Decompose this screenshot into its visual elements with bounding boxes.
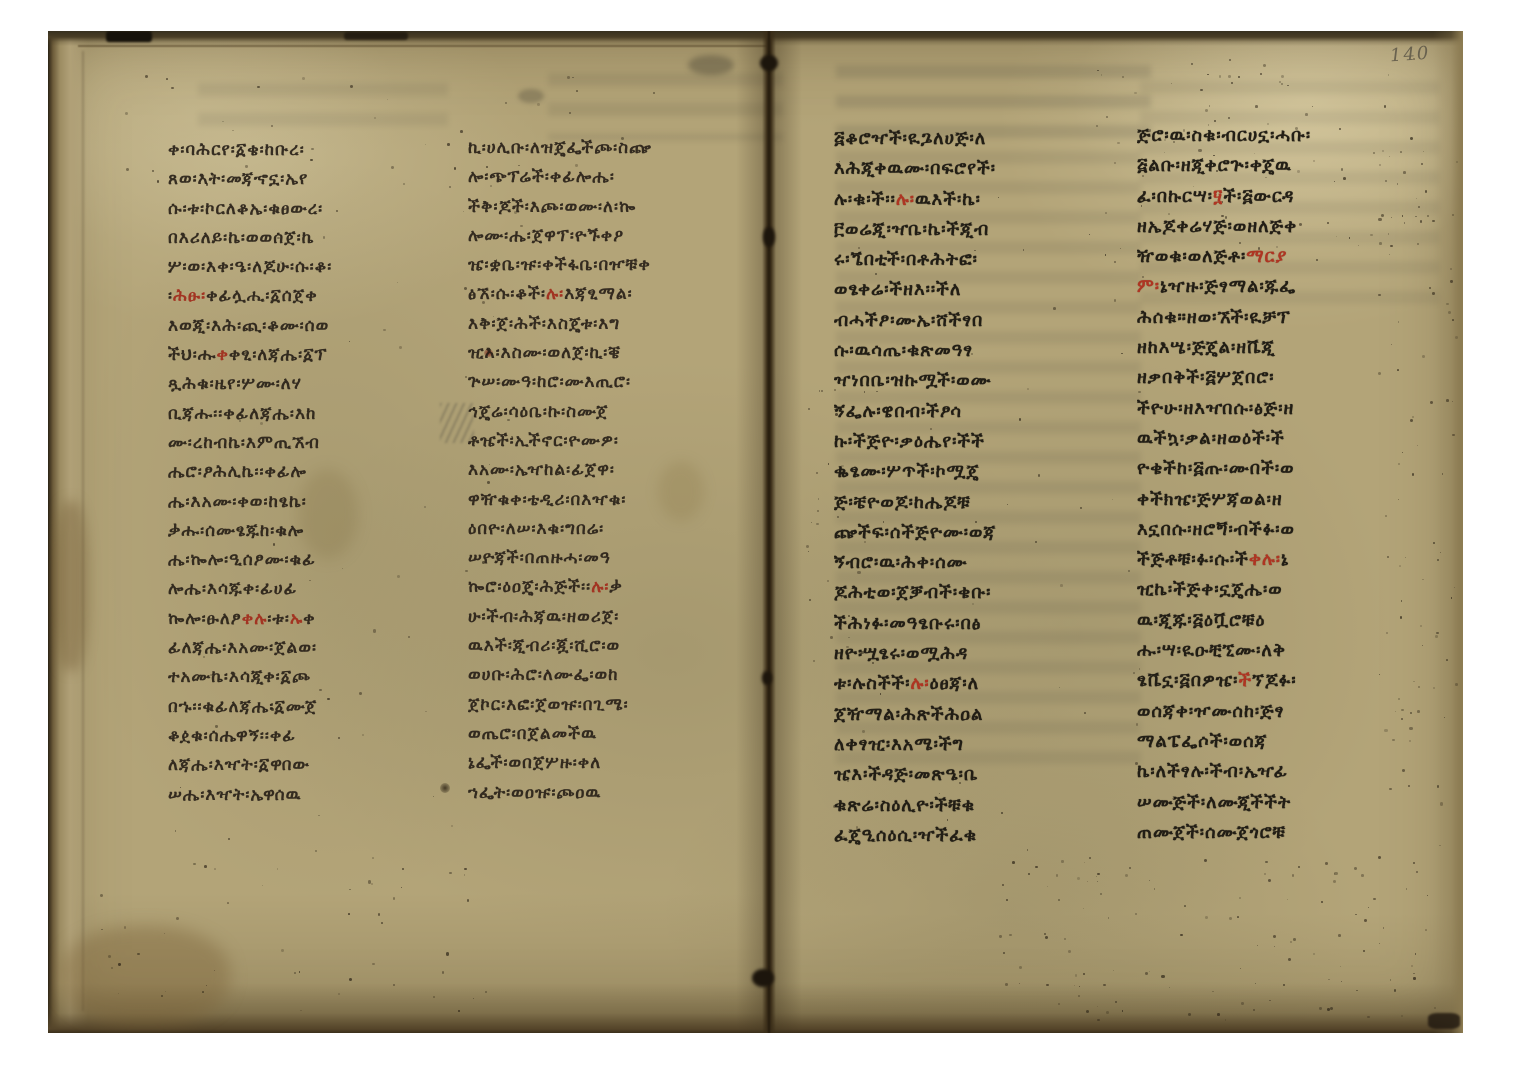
text-line: ሎ፡ጭፕሬች፡ቀፊሎሔ፡ [468, 163, 750, 192]
text-line: ጅ፡ቼዮወጆ፡ከሔጆቹ [834, 488, 1136, 518]
text-line: ጀዥማል፡ሕጽችሕዐል [834, 700, 1136, 730]
text-line: ሠሙጅች፡ለሙጂችችት [1137, 788, 1451, 818]
text-line: ዘከእሤ፡ጅጄል፡ዘቬጂ [1137, 333, 1451, 363]
text-line: ወሀቡ፡ሕሮ፡ለሙፌ፡ወከ [468, 661, 750, 690]
text-line: ኀፌት፡ወዐዡ፡ጮዐዉ [468, 779, 750, 808]
text-line: ኰሮ፡ዕዐጄ፡ሕጅች፡፡ሉ፡ቃ [468, 573, 750, 602]
text-line: ሙ፡ረከብኬ፡እምጢኧብ [168, 429, 430, 458]
text-line: ዕበዮ፡ለሠ፡እቁ፡ግበሬ፡ [468, 515, 750, 544]
text-line: ቀችክዤ፡ጅሦጃወል፡ዘ [1137, 485, 1451, 515]
text-line: ሉ፡ቁ፡ች፡፡ሉ፡ዉእች፡ኬ፡ [834, 185, 1136, 215]
text-line: ኅጄሬ፡ሳዕቤ፡ኩ፡ስሙጀ [468, 398, 750, 427]
text-line: ዤ፡ቋቤ፡ዡ፡ቀችፋቤ፡በዦቹቀ [468, 251, 750, 280]
text-line: እወጂ፡እሕ፡ጪ፡ቆሙ፡ሰወ [168, 312, 430, 341]
manuscript-photo: ቀ፡ባሕርየ፡፩ቄ፡ከቡረ፡ጸወ፡እት፡መጃኆኗ፡ኤየሱ፡ቱ፡ኮርለቆኤ፡ቁፀው… [48, 31, 1463, 1033]
text-line: ሑ፡ሣ፡ዪዑቺኚሙ፡ለቅ [1137, 636, 1451, 666]
text-line: ዘቃበቅች፡፭ሦጀበሮ፡ [1137, 363, 1451, 393]
text-line: ችቅ፡ጆች፡እጮ፡ወሙ፡ለ፡ኰ [468, 193, 750, 222]
text-line: ዉችኳ፡ቃል፡ዘወዕች፡ች [1137, 424, 1451, 454]
text-line: ቱ፡ሉስችች፡ሉ፡ዕፀጃ፡ለ [834, 669, 1136, 699]
text-line: ቶዤች፡ኢችኖር፡ዮሙዎ፡ [468, 427, 750, 456]
text-line: ዘዮ፡ሧፄሩ፡ወሟሕዳ [834, 639, 1136, 669]
text-column-2: ኪ፡ሀሊቡ፡ለዝጄፌችጮ፡ስጬሎ፡ጭፕሬች፡ቀፊሎሔ፡ችቅ፡ጆች፡እጮ፡ወሙ፡ለ… [468, 134, 750, 808]
text-line: ኝብሮ፡ዉ፡ሕቀ፡ሰሙ [834, 548, 1136, 578]
text-line: ችዮሁ፡ዘእዣበሱ፡ፅጅ፡ዘ [1137, 394, 1451, 424]
text-line: ኰሎ፡ፁለፆቀሉ፡ቱ፡ኡቀ [168, 605, 430, 634]
text-line: ብሓችፆ፡ሙኤ፡ሸችፃበ [834, 306, 1136, 336]
text-line: ቢጃሑ፡፡ቀፊለጃሔ፡እከ [168, 400, 430, 429]
text-column-4: ጅሮ፡ዉ፡ስቁ፡ብርሀኗ፡ሓቡ፡፭ልቡ፡ዘጂቀሮጕ፡ቀጄዉፈ፡በኩርሣ፡፶ች፡፭… [1137, 121, 1451, 848]
gutter-knot [763, 227, 775, 247]
text-line: እሕጂቀዉሙ፡በፍሮየች፡ [834, 154, 1136, 184]
scan-background: ቀ፡ባሕርየ፡፩ቄ፡ከቡረ፡ጸወ፡እት፡መጃኆኗ፡ኤየሱ፡ቱ፡ኮርለቆኤ፡ቁፀው… [0, 0, 1515, 1071]
text-line: ለጃሔ፡እዣት፡፩ዋበው [168, 751, 430, 780]
text-line: ኔፌች፡ወበጀሦዙ፡ቀለ [468, 749, 750, 778]
text-line: ሁ፡ችብ፡ሕጃዉ፡ዘወሪጀ፡ [468, 603, 750, 632]
text-line: ሎሔ፡እሳጁቀ፡ፊሀፊ [168, 575, 430, 604]
text-line: ተአሙኬ፡እሳጂቀ፡፩ጮ [168, 663, 430, 692]
text-line: ዮቄችከ፡፭ጡ፡ሙበች፡ወ [1137, 454, 1451, 484]
text-line: ፭ቆሮዣች፡ዪጔለሀጅ፡ለ [834, 124, 1136, 154]
text-line: እአሙ፡ኤዣከል፡ፊጀዋ፡ [468, 456, 750, 485]
text-line: ጕሠ፡ሙዓ፡ከሮ፡ሙእጢሮ፡ [468, 368, 750, 397]
text-column-3: ፭ቆሮዣች፡ዪጔለሀጅ፡ለእሕጂቀዉሙ፡በፍሮየች፡ሉ፡ቁ፡ች፡፡ሉ፡ዉእች፡ኬ… [834, 124, 1136, 851]
text-line: ሠዮጃች፡በጠዙሓ፡መዓ [468, 544, 750, 573]
text-line: ዥወቁ፡ወለጅቶ፡ማርያ [1137, 242, 1451, 272]
text-line: ጸወ፡እት፡መጃኆኗ፡ኤየ [168, 165, 430, 194]
text-line: እቅ፡ጀ፡ሕች፡እስጄቱ፡እግ [468, 310, 750, 339]
text-line: ፈጄዒሰዕሲ፡ዣችፈቁ [834, 821, 1136, 851]
text-line: ዣነበቤ፡ዝኩሟች፡ወሙ [834, 366, 1136, 396]
text-line: ሔሮ፡ፆሕሊኬ፡፡ቀፊሎ [168, 458, 430, 487]
text-line: ዉእች፡ጂብሪ፡ጇ፡ሺሮ፡ወ [468, 632, 750, 661]
gutter-knot [752, 969, 774, 987]
text-line: ፡ሕፁ፡ቀፊሏሒ፡፩ሰጀቀ [168, 282, 430, 311]
text-line: ፅኧ፡ሱ፡ቆች፡ሉ፡እጃፂማል፡ [468, 280, 750, 309]
text-line: ጅሮ፡ዉ፡ስቁ፡ብርሀኗ፡ሓቡ፡ [1137, 121, 1451, 151]
text-line: ቀ፡ባሕርየ፡፩ቄ፡ከቡረ፡ [168, 136, 430, 165]
text-line: ሦ፡ወ፡እቀ፡ዔ፡ለጆሁ፡ሱ፡ቆ፡ [168, 253, 430, 282]
text-column-1: ቀ፡ባሕርየ፡፩ቄ፡ከቡረ፡ጸወ፡እት፡መጃኆኗ፡ኤየሱ፡ቱ፡ኮርለቆኤ፡ቁፀው… [168, 136, 430, 810]
text-line: ወፄቀሬ፡ችዘእ፡፡ችለ [834, 275, 1136, 305]
gutter-knot [760, 55, 778, 71]
text-line: ማልፔፌሶች፡ወሰጃ [1137, 727, 1451, 757]
text-line: ፊለጃሔ፡እአሙ፡ጀልወ፡ [168, 634, 430, 663]
text-line: ቁጽሬ፡ስዕሊዮ፡ችቹቁ [834, 791, 1136, 821]
text-line: ዋዥቁቀ፡ቴዲሪ፡በእዣቁ፡ [468, 486, 750, 515]
text-line: ሕሰቁ።ዘወ፡ኧች፡ዪቻፕ [1137, 303, 1451, 333]
text-line: በኁ፡፡ቁፊለጃሔ፡፩ሙጀ [168, 693, 430, 722]
text-line: በእሪለይ፡ኬ፡ወወሰጀ፡ኬ [168, 224, 430, 253]
text-line: ጠሙጀች፡ሰሙጀጎሮቹ [1137, 818, 1451, 848]
text-line: ሎሙ፡ሔ፡ጀዋፕ፡ዮጙቀዖ [468, 222, 750, 251]
text-line: ዢኬ፡ችጅቀ፡ኗጄሔ፡ወ [1137, 575, 1451, 605]
text-line: ቃሑ፡ሰሙፄጁከ፡ቁሎ [168, 517, 430, 546]
text-line: ወሰጃቀ፡ዦሙሰከ፡ጅፃ [1137, 697, 1451, 727]
text-line: ጿሕቁ፡ዜየ፡ሦሙ፡ለሃ [168, 370, 430, 399]
text-line: ሔ፡ኰሎ፡ዒሰፆሙ፡ቁፊ [168, 546, 430, 575]
text-line: ፫ወሬጂ፡ዣቤ፡ኬ፡ችጂብ [834, 215, 1136, 245]
text-line: ቆዸቁ፡ሰሔዋኝ፡፡ቀፊ [168, 722, 430, 751]
text-line: ወጤሮ፡በጀልመችዉ [468, 720, 750, 749]
text-line: ጀኮር፡እፎ፡ጀወዡ፡በጊሜ፡ [468, 691, 750, 720]
text-line: ሱ፡ዉሳጤ፡ቁጽመዓፃ [834, 336, 1136, 366]
text-line: ፄቬኗ፡፭በዎዤ፡ችኘጆፉ፡ [1137, 666, 1451, 696]
page-number: 140 [1389, 43, 1431, 67]
text-line: ጆሕቲወ፡ጀቓብች፡ቄቡ፡ [834, 578, 1136, 608]
text-line: ም፡ኔዣዙ፡ጅፃማል፡ጁፌ [1137, 272, 1451, 302]
text-line: ሱ፡ቱ፡ኮርለቆኤ፡ቁፀውረ፡ [168, 195, 430, 224]
text-line: ኬ፡ለችፃሉ፡ችብ፡ኤዣፊ [1137, 757, 1451, 787]
gutter-knot [762, 671, 772, 685]
text-line: ለቀፃዢ፡እአሜ፡ችግ [834, 730, 1136, 760]
text-line: ሔ፡እአሙ፡ቀወ፡ከፄኬ፡ [168, 488, 430, 517]
text-line: ችህ፡ሑቀቀፂ፡ለጃሔ፡፩ፕ [168, 341, 430, 370]
text-line: ዢእ፡እስሙ፡ወለጀ፡ኪ፡ቔ [468, 339, 750, 368]
text-line: ችሕነፉ፡መዓፄቡሩ፡በፅ [834, 609, 1136, 639]
text-line: ሠሔ፡እዣት፡ኤዋሰዉ [168, 781, 430, 810]
text-line: ዤእ፡ችዳጅ፡መጽዔ፡ቤ [834, 760, 1136, 790]
text-line: ዘኤጆቀሬሃጅ፡ወዘለጅቀ [1137, 212, 1451, 242]
text-line: ኪ፡ሀሊቡ፡ለዝጄፌችጮ፡ስጬ [468, 134, 750, 163]
text-line: ዉ፡ጂጁ፡፭ዕቯሮቹዕ [1137, 606, 1451, 636]
text-line: ችጅቶቹ፡ፉ፡ሱ፡ችቀሉ፡ኔ [1137, 545, 1451, 575]
text-line: ሩ፡ጜበቲች፡በቶሕትፎ፡ [834, 245, 1136, 275]
text-line: ፈ፡በኩርሣ፡፶ች፡፭ውርዳ [1137, 182, 1451, 212]
text-line: ኩ፡ችጅዮ፡ቃዕሔየ፡ችች [834, 427, 1136, 457]
text-line: ቈፄሙ፡ሦጥች፡ኮሟጄ [834, 457, 1136, 487]
text-line: ጬችፍ፡ሰችጅዮሙ፡ወጃ [834, 518, 1136, 548]
text-line: ፭ልቡ፡ዘጂቀሮጕ፡ቀጄዉ [1137, 151, 1451, 181]
text-line: እኗበሱ፡ዘሮጝ፡ብችፉ፡ወ [1137, 515, 1451, 545]
text-line: ኝፌሉ፡ዌበብ፡ችፆሳ [834, 397, 1136, 427]
